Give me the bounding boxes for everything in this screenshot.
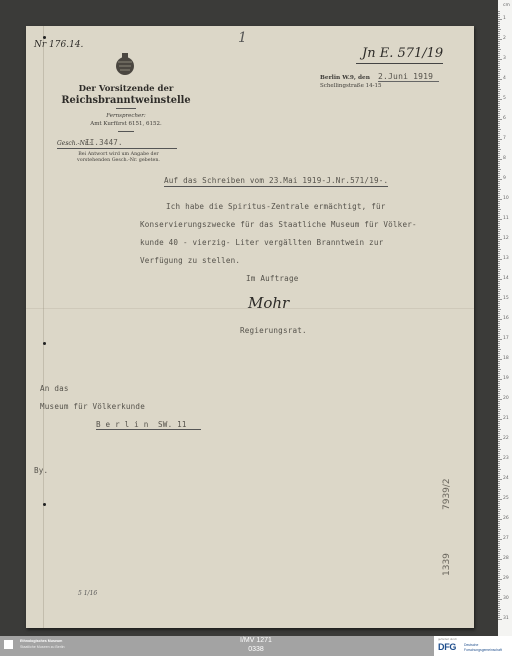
ruler-tick bbox=[498, 127, 500, 128]
ruler-tick bbox=[498, 605, 500, 606]
ruler-tick bbox=[498, 427, 500, 428]
ruler-label: 12 bbox=[503, 236, 509, 241]
ruler-tick bbox=[498, 391, 500, 392]
phone-label: Fernsprecher: bbox=[56, 113, 196, 119]
page-number-pencil: 1 bbox=[238, 30, 247, 46]
ruler-tick bbox=[498, 35, 500, 36]
ruler-tick bbox=[498, 209, 501, 210]
ruler-label: 29 bbox=[503, 576, 509, 581]
ruler-tick bbox=[498, 199, 502, 200]
ruler-tick bbox=[498, 255, 500, 256]
ruler-tick bbox=[498, 75, 500, 76]
ruler-tick bbox=[498, 307, 500, 308]
ruler-tick bbox=[498, 473, 500, 474]
ruler-tick bbox=[498, 363, 500, 364]
journal-number-handwritten: Jn E. 571/19 bbox=[356, 46, 443, 64]
ruler-tick bbox=[498, 383, 500, 384]
typist-initials: By. bbox=[34, 466, 48, 475]
ruler-tick bbox=[498, 103, 500, 104]
ruler-label: 31 bbox=[503, 616, 509, 621]
ruler-tick bbox=[498, 327, 500, 328]
ruler-tick bbox=[498, 205, 500, 206]
ruler-tick bbox=[498, 505, 500, 506]
ruler-label: 13 bbox=[503, 256, 509, 261]
ruler-tick bbox=[498, 193, 500, 194]
ruler-tick bbox=[498, 135, 500, 136]
ruler-tick bbox=[498, 251, 500, 252]
ruler-tick bbox=[498, 275, 500, 276]
recipient-line-2: Museum für Völkerkunde bbox=[40, 402, 145, 411]
ruler-label: 19 bbox=[503, 376, 509, 381]
ruler-tick bbox=[498, 265, 500, 266]
ruler-tick bbox=[498, 339, 502, 340]
funder-name-2: Forschungsgemeinschaft bbox=[464, 648, 502, 652]
ruler-tick bbox=[498, 385, 500, 386]
ruler-label: 18 bbox=[503, 356, 509, 361]
ruler-tick bbox=[498, 109, 501, 110]
scan-background: Nr 176.14. 1 Jn E. 571/19 Der Vorsitzend… bbox=[0, 0, 498, 636]
ruler-tick bbox=[498, 477, 500, 478]
ruler-tick bbox=[498, 591, 500, 592]
ruler-tick bbox=[498, 257, 500, 258]
closing: Im Auftrage bbox=[246, 274, 299, 283]
ruler-tick bbox=[498, 261, 500, 262]
ruler-tick bbox=[498, 419, 502, 420]
ruler-tick bbox=[498, 407, 500, 408]
ruler-tick bbox=[498, 571, 500, 572]
ruler-tick bbox=[498, 139, 502, 140]
ruler-tick bbox=[498, 361, 500, 362]
ruler-tick bbox=[498, 221, 500, 222]
ruler-tick bbox=[498, 201, 500, 202]
ruler-tick bbox=[498, 513, 500, 514]
ruler-tick bbox=[498, 267, 500, 268]
ruler-tick bbox=[498, 45, 500, 46]
ruler-tick bbox=[498, 11, 500, 12]
side-note-number: 1339 bbox=[442, 553, 452, 576]
ruler-tick bbox=[498, 535, 500, 536]
ruler-label: 20 bbox=[503, 396, 509, 401]
ruler-tick bbox=[498, 495, 500, 496]
ruler-tick bbox=[498, 315, 500, 316]
divider bbox=[116, 108, 136, 109]
margin-note-bottom: 5 1/16 bbox=[78, 590, 97, 597]
ruler-tick bbox=[498, 609, 501, 610]
ruler-tick bbox=[498, 409, 501, 410]
ruler-tick bbox=[498, 33, 500, 34]
punch-hole bbox=[43, 342, 46, 345]
ref-number-field: Gesch.-Nr.: II.3447. bbox=[57, 138, 177, 149]
ruler-tick bbox=[498, 325, 500, 326]
ruler-tick bbox=[498, 597, 500, 598]
ruler-tick bbox=[498, 203, 500, 204]
ruler-tick bbox=[498, 437, 500, 438]
ruler-tick bbox=[498, 579, 502, 580]
ruler-tick bbox=[498, 165, 500, 166]
ruler-tick bbox=[498, 89, 501, 90]
ruler-tick bbox=[498, 341, 500, 342]
ruler-tick bbox=[498, 207, 500, 208]
ruler-tick bbox=[498, 355, 500, 356]
ruler-label: 5 bbox=[503, 96, 506, 101]
ruler-tick bbox=[498, 465, 500, 466]
ruler-tick bbox=[498, 173, 500, 174]
ruler-tick bbox=[498, 95, 500, 96]
ruler-tick bbox=[498, 241, 500, 242]
ruler-tick bbox=[498, 533, 500, 534]
ruler-tick bbox=[498, 43, 500, 44]
ruler-tick bbox=[498, 601, 500, 602]
ruler-tick bbox=[498, 471, 500, 472]
ruler-tick bbox=[498, 445, 500, 446]
ruler-tick bbox=[498, 561, 500, 562]
ruler-tick bbox=[498, 93, 500, 94]
ruler-tick bbox=[498, 377, 500, 378]
ruler-tick bbox=[498, 253, 500, 254]
ruler-tick bbox=[498, 175, 500, 176]
body-line-3: kunde 40 - vierzig- Liter vergällten Bra… bbox=[140, 238, 383, 247]
ruler-tick bbox=[498, 387, 500, 388]
ruler-tick bbox=[498, 177, 500, 178]
ruler-tick bbox=[498, 333, 500, 334]
side-note-inventory: 7939/2 bbox=[442, 478, 452, 510]
ruler-tick bbox=[498, 263, 500, 264]
ruler-tick bbox=[498, 181, 500, 182]
ruler-label: 6 bbox=[503, 116, 506, 121]
ruler-tick bbox=[498, 537, 500, 538]
ruler-tick bbox=[498, 161, 500, 162]
ruler-tick bbox=[498, 53, 500, 54]
ruler-tick bbox=[498, 187, 500, 188]
ruler-tick bbox=[498, 319, 502, 320]
ruler-tick bbox=[498, 107, 500, 108]
ruler-tick bbox=[498, 371, 500, 372]
ruler-tick bbox=[498, 335, 500, 336]
ruler-label: 8 bbox=[503, 156, 506, 161]
ruler-tick bbox=[498, 417, 500, 418]
ruler-tick bbox=[498, 515, 500, 516]
ruler-tick bbox=[498, 145, 500, 146]
ruler-tick bbox=[498, 61, 500, 62]
ruler-tick bbox=[498, 17, 500, 18]
ruler-tick bbox=[498, 289, 501, 290]
ruler-tick bbox=[498, 247, 500, 248]
ruler-tick bbox=[498, 231, 500, 232]
ruler-tick bbox=[498, 129, 501, 130]
ruler-label: 21 bbox=[503, 416, 509, 421]
ruler-tick bbox=[498, 399, 502, 400]
ruler-tick bbox=[498, 405, 500, 406]
ruler-tick bbox=[498, 185, 500, 186]
ruler-tick bbox=[498, 47, 500, 48]
ruler-tick bbox=[498, 413, 500, 414]
ruler-tick bbox=[498, 141, 500, 142]
ruler-tick bbox=[498, 157, 500, 158]
ref-note-2: vorstehenden Gesch.-Nr. gebeten. bbox=[56, 158, 181, 163]
ruler-tick bbox=[498, 351, 500, 352]
phone-numbers: Amt Kurfürst 6151, 6152. bbox=[56, 121, 196, 127]
ruler-tick bbox=[498, 215, 500, 216]
ruler-tick bbox=[498, 425, 500, 426]
ruler-tick bbox=[498, 99, 502, 100]
letterhead-line1: Der Vorsitzende der bbox=[56, 84, 196, 94]
ruler-tick bbox=[498, 615, 500, 616]
ruler-label: 9 bbox=[503, 176, 506, 181]
ruler-tick bbox=[498, 587, 500, 588]
ruler-tick bbox=[498, 13, 500, 14]
ruler-tick bbox=[498, 509, 501, 510]
ruler-tick bbox=[498, 167, 500, 168]
ruler-tick bbox=[498, 389, 501, 390]
ruler-tick bbox=[498, 449, 501, 450]
ruler-tick bbox=[498, 65, 500, 66]
ruler-tick bbox=[498, 311, 500, 312]
ruler-tick bbox=[498, 353, 500, 354]
ruler-tick bbox=[498, 547, 500, 548]
ruler-tick bbox=[498, 559, 502, 560]
ruler-tick bbox=[498, 461, 500, 462]
ruler-label: 4 bbox=[503, 76, 506, 81]
ruler-tick bbox=[498, 553, 500, 554]
ruler-label: 15 bbox=[503, 296, 509, 301]
ruler-tick bbox=[498, 123, 500, 124]
place-street: Schellingstraße 14-15 bbox=[320, 83, 381, 89]
ruler-tick bbox=[498, 281, 500, 282]
ruler-tick bbox=[498, 101, 500, 102]
ruler-label: 22 bbox=[503, 436, 509, 441]
ruler-tick bbox=[498, 131, 500, 132]
ruler-tick bbox=[498, 155, 500, 156]
ruler-tick bbox=[498, 153, 500, 154]
ruler-tick bbox=[498, 63, 500, 64]
ruler-tick bbox=[498, 51, 500, 52]
ruler-tick bbox=[498, 223, 500, 224]
ruler-tick bbox=[498, 195, 500, 196]
ruler-tick bbox=[498, 433, 500, 434]
ruler-tick bbox=[498, 219, 502, 220]
ruler-tick bbox=[498, 541, 500, 542]
ruler-tick bbox=[498, 423, 500, 424]
ruler-tick bbox=[498, 237, 500, 238]
ruler-tick bbox=[498, 269, 501, 270]
ruler-tick bbox=[498, 113, 500, 114]
ruler-tick bbox=[498, 59, 502, 60]
ruler-tick bbox=[498, 531, 500, 532]
ruler-tick bbox=[498, 395, 500, 396]
ruler-tick bbox=[498, 411, 500, 412]
ruler-tick bbox=[498, 29, 501, 30]
ruler-tick bbox=[498, 455, 500, 456]
ruler-tick bbox=[498, 27, 500, 28]
ruler-tick bbox=[498, 529, 501, 530]
ruler-tick bbox=[498, 563, 500, 564]
ruler-tick bbox=[498, 593, 500, 594]
ruler-tick bbox=[498, 557, 500, 558]
body-line-4: Verfügung zu stellen. bbox=[140, 256, 240, 265]
ruler-tick bbox=[498, 525, 500, 526]
ruler-tick bbox=[498, 73, 500, 74]
ruler-tick bbox=[498, 57, 500, 58]
ruler-tick bbox=[498, 379, 502, 380]
ruler-label: 11 bbox=[503, 216, 509, 221]
ruler-tick bbox=[498, 331, 500, 332]
ruler-tick bbox=[498, 397, 500, 398]
ruler-label: 26 bbox=[503, 516, 509, 521]
ruler-tick bbox=[498, 493, 500, 494]
ruler-tick bbox=[498, 447, 500, 448]
ruler-tick bbox=[498, 119, 502, 120]
ruler-label: 1 bbox=[503, 16, 506, 21]
ruler-tick bbox=[498, 549, 501, 550]
ruler-tick bbox=[498, 421, 500, 422]
place-city: Berlin W.9, den bbox=[320, 75, 370, 81]
ruler-tick bbox=[498, 611, 500, 612]
funder-caption: gefördert durch bbox=[438, 637, 457, 641]
ruler-tick bbox=[498, 479, 502, 480]
ruler-label: 24 bbox=[503, 476, 509, 481]
ruler-tick bbox=[498, 583, 500, 584]
ruler-tick bbox=[498, 457, 500, 458]
ruler-tick bbox=[498, 67, 500, 68]
ruler-tick bbox=[498, 41, 500, 42]
ruler-tick bbox=[498, 551, 500, 552]
ruler-tick bbox=[498, 115, 500, 116]
ruler-tick bbox=[498, 599, 502, 600]
ruler-label: 16 bbox=[503, 316, 509, 321]
ruler-tick bbox=[498, 577, 500, 578]
ruler-label: 28 bbox=[503, 556, 509, 561]
ruler-tick bbox=[498, 429, 501, 430]
ruler-tick bbox=[498, 453, 500, 454]
ruler-tick bbox=[498, 589, 501, 590]
ruler-tick bbox=[498, 475, 500, 476]
ruler-tick bbox=[498, 555, 500, 556]
ruler-tick bbox=[498, 143, 500, 144]
ruler-tick bbox=[498, 567, 500, 568]
ruler-tick bbox=[498, 499, 502, 500]
ruler-tick bbox=[498, 305, 500, 306]
ruler-tick bbox=[498, 347, 500, 348]
ruler-tick bbox=[498, 349, 501, 350]
ruler-tick bbox=[498, 105, 500, 106]
ruler-tick bbox=[498, 285, 500, 286]
ruler-tick bbox=[498, 243, 500, 244]
funder-name-1: Deutsche bbox=[464, 643, 478, 647]
ruler-tick bbox=[498, 235, 500, 236]
ruler-tick bbox=[498, 603, 500, 604]
ruler-tick bbox=[498, 443, 500, 444]
ruler-tick bbox=[498, 373, 500, 374]
ruler-tick bbox=[498, 403, 500, 404]
ruler-tick bbox=[498, 345, 500, 346]
ruler-tick bbox=[498, 485, 500, 486]
ruler-tick bbox=[498, 81, 500, 82]
recipient-line-3: B e r l i n SW. 11 bbox=[96, 420, 201, 430]
ruler-tick bbox=[498, 469, 501, 470]
ruler-tick bbox=[498, 91, 500, 92]
ref-number: II.3447. bbox=[85, 138, 123, 147]
ruler-tick bbox=[498, 149, 501, 150]
ruler-tick bbox=[498, 595, 500, 596]
ruler-tick bbox=[498, 321, 500, 322]
ruler-tick bbox=[498, 19, 502, 20]
letter-date: 2.Juni 1919 bbox=[378, 72, 439, 82]
divider bbox=[118, 131, 134, 132]
imperial-eagle-icon bbox=[114, 52, 136, 76]
ruler-tick bbox=[498, 301, 500, 302]
ruler-label: 10 bbox=[503, 196, 509, 201]
ruler-tick bbox=[498, 293, 500, 294]
ruler-tick bbox=[498, 291, 500, 292]
ruler-tick bbox=[498, 357, 500, 358]
ruler-tick bbox=[498, 77, 500, 78]
ruler-tick bbox=[498, 87, 500, 88]
ruler-tick bbox=[498, 279, 502, 280]
ruler-label: 30 bbox=[503, 596, 509, 601]
ruler-label: 23 bbox=[503, 456, 509, 461]
ruler-tick bbox=[498, 83, 500, 84]
dfg-wordmark: DFG bbox=[438, 642, 456, 652]
ruler-tick bbox=[498, 431, 500, 432]
ruler-tick bbox=[498, 367, 500, 368]
ruler-tick bbox=[498, 283, 500, 284]
ruler-tick bbox=[498, 217, 500, 218]
letterhead-line2: Reichsbranntweinstelle bbox=[52, 95, 200, 106]
ruler-tick bbox=[498, 233, 500, 234]
ruler-tick bbox=[498, 415, 500, 416]
ruler-tick bbox=[498, 507, 500, 508]
ruler-label: 27 bbox=[503, 536, 509, 541]
ruler-tick bbox=[498, 183, 500, 184]
ruler-tick bbox=[498, 259, 502, 260]
ruler-tick bbox=[498, 37, 500, 38]
ruler-tick bbox=[498, 619, 502, 620]
ruler-tick bbox=[498, 527, 500, 528]
ruler-tick bbox=[498, 25, 500, 26]
ruler-tick bbox=[498, 85, 500, 86]
ruler-tick bbox=[498, 245, 500, 246]
ruler-tick bbox=[498, 227, 500, 228]
ruler-tick bbox=[498, 273, 500, 274]
ruler-tick bbox=[498, 69, 501, 70]
ruler-tick bbox=[498, 539, 502, 540]
ruler-tick bbox=[498, 297, 500, 298]
ruler-tick bbox=[498, 55, 500, 56]
ruler-label: 14 bbox=[503, 276, 509, 281]
ruler-tick bbox=[498, 511, 500, 512]
ruler-tick bbox=[498, 169, 501, 170]
ruler-tick bbox=[498, 159, 502, 160]
ruler-tick bbox=[498, 519, 502, 520]
ruler-tick bbox=[498, 277, 500, 278]
ruler-tick bbox=[498, 573, 500, 574]
ruler-tick bbox=[498, 137, 500, 138]
signer-title: Regierungsrat. bbox=[240, 326, 307, 335]
ruler-tick bbox=[498, 287, 500, 288]
ruler-tick bbox=[498, 487, 500, 488]
ruler-tick bbox=[498, 39, 502, 40]
ruler-tick bbox=[498, 569, 501, 570]
ruler-tick bbox=[498, 323, 500, 324]
ruler-tick bbox=[498, 365, 500, 366]
ruler-tick bbox=[498, 503, 500, 504]
ruler-tick bbox=[498, 451, 500, 452]
ruler-label: 2 bbox=[503, 36, 506, 41]
punch-hole bbox=[43, 36, 46, 39]
ruler-tick bbox=[498, 337, 500, 338]
ruler-tick bbox=[498, 189, 501, 190]
cm-ruler: cm 1234567891011121314151617181920212223… bbox=[498, 0, 512, 636]
